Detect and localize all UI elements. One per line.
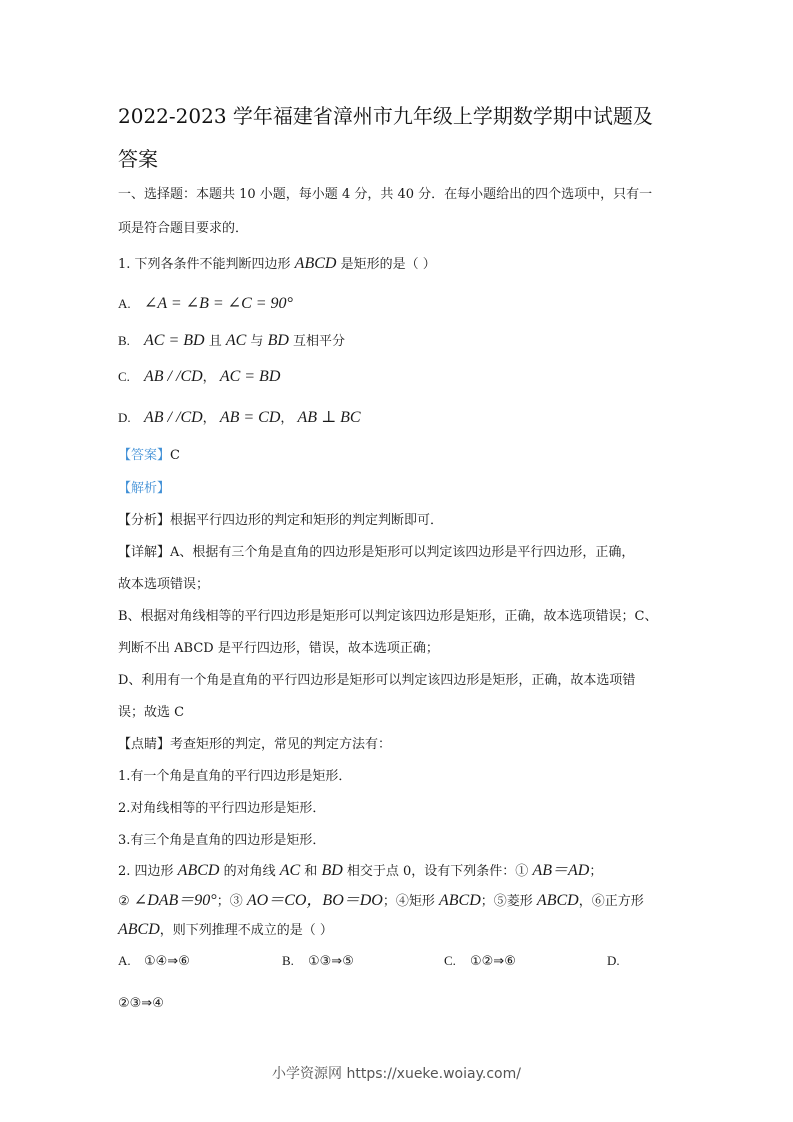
question-2-choice-b: B.①③⇒⑤ — [282, 953, 354, 970]
option-text: 与 — [246, 334, 267, 349]
question-2-choice-c: C.①②⇒⑥ — [444, 953, 516, 970]
analysis-xiangjie-line5: D、利用有一个角是直角的平行四边形是矩形可以判定该四边形是矩形，正确，故本选项错 — [118, 673, 635, 689]
analysis-xiangjie-line1: 【详解】A、根据有三个角是直角的四边形是矩形可以判定该四边形是平行四边形，正确， — [118, 545, 634, 561]
choice-label: D. — [607, 953, 633, 969]
q2-text: 和 — [300, 864, 321, 879]
document-title-line2: 答案 — [118, 146, 158, 172]
choice-value: ①③⇒⑤ — [308, 954, 354, 969]
q2-math: AB＝AD — [532, 862, 589, 879]
analysis-fenxi: 【分析】根据平行四边形的判定和矩形的判定判断即可． — [118, 513, 443, 529]
document-page: 2022-2023 学年福建省漳州市九年级上学期数学期中试题及 答案 一、选择题… — [0, 0, 793, 1122]
question-2-choice-d-value: ②③⇒④ — [118, 996, 164, 1012]
choice-label: C. — [444, 953, 470, 969]
q2-text: ，则下列推理不成立的是（ ） — [160, 923, 333, 938]
choice-label: A. — [118, 953, 144, 969]
option-math: AB / /CD — [144, 409, 203, 426]
question-1-stem: 1. 下列各条件不能判断四边形 ABCD 是矩形的是（ ） — [118, 256, 436, 273]
question-2-stem-line2: ② ∠DAB＝90°；③ AO＝CO，BO＝DO；④矩形 ABCD；⑤菱形 AB… — [118, 893, 644, 910]
question-2-choice-d: D. — [607, 953, 633, 970]
question-1-option-c: C.AB / /CD， AC = BD — [118, 369, 280, 386]
option-text: 互相平分 — [289, 334, 345, 349]
choice-value: ①④⇒⑥ — [144, 954, 190, 969]
section-header-line1: 一、选择题：本题共 10 小题，每小题 4 分，共 40 分．在每小题给出的四个… — [118, 187, 652, 203]
q2-math: ABCD — [439, 892, 481, 909]
option-label: A. — [118, 296, 144, 312]
question-2-stem-line3: ABCD，则下列推理不成立的是（ ） — [118, 922, 333, 939]
question-1-suffix: 是矩形的是（ ） — [336, 257, 435, 272]
question-1-prefix: 1. 下列各条件不能判断四边形 — [118, 257, 295, 272]
option-text: ， — [203, 370, 220, 385]
q2-text: ② — [118, 894, 134, 909]
option-math: BD — [268, 332, 289, 349]
question-2-stem-line1: 2. 四边形 ABCD 的对角线 AC 和 BD 相交于点 0，设有下列条件：①… — [118, 863, 602, 880]
answer-line: 【答案】C — [118, 448, 180, 464]
q2-text: ；④矩形 — [383, 894, 439, 909]
q2-math: ABCD — [118, 921, 160, 938]
option-text: ， — [280, 411, 297, 426]
question-1-math: ABCD — [295, 255, 337, 272]
analysis-tag: 【解析】 — [118, 481, 170, 497]
q2-text: 2. 四边形 — [118, 864, 178, 879]
option-math: AB ⊥ BC — [298, 409, 361, 426]
q2-text: ； — [589, 864, 602, 879]
q2-text: ，⑥正方形 — [579, 894, 644, 909]
footer-watermark: 小学资源网 https://xueke.woiay.com/ — [0, 1063, 793, 1083]
choice-value: ①②⇒⑥ — [470, 954, 516, 969]
section-header-line2: 项是符合题目要求的． — [118, 221, 248, 237]
q2-math: AO＝CO，BO＝DO — [247, 892, 383, 909]
answer-value: C — [170, 448, 180, 463]
option-math: AC = BD — [220, 368, 281, 385]
option-label: D. — [118, 410, 144, 426]
question-1-option-b: B.AC = BD 且 AC 与 BD 互相平分 — [118, 333, 345, 350]
q2-text: ；⑤菱形 — [481, 894, 537, 909]
option-math: AC = BD — [144, 332, 205, 349]
choice-value: ②③⇒④ — [118, 996, 164, 1011]
analysis-xiangjie-line3: B、根据对角线相等的平行四边形是矩形可以判定该四边形是矩形，正确，故本选项错误；… — [118, 609, 658, 625]
method-1: 1.有一个角是直角的平行四边形是矩形． — [118, 769, 351, 785]
question-2-choice-a: A.①④⇒⑥ — [118, 953, 190, 970]
option-math: AB / /CD — [144, 368, 203, 385]
method-3: 3.有三个角是直角的四边形是矩形． — [118, 833, 325, 849]
option-label: B. — [118, 333, 144, 349]
q2-text: 相交于点 0，设有下列条件：① — [343, 864, 533, 879]
method-2: 2.对角线相等的平行四边形是矩形． — [118, 801, 325, 817]
document-title-line1: 2022-2023 学年福建省漳州市九年级上学期数学期中试题及 — [118, 103, 653, 129]
question-1-option-a: A.∠A = ∠B = ∠C = 90° — [118, 296, 293, 313]
answer-tag: 【答案】 — [118, 448, 170, 463]
option-math: ∠A = ∠B = ∠C = 90° — [144, 295, 293, 312]
analysis-xiangjie-line2: 故本选项错误； — [118, 577, 209, 593]
question-1-option-d: D.AB / /CD， AB = CD， AB ⊥ BC — [118, 410, 361, 427]
option-text: 且 — [205, 334, 226, 349]
option-label: C. — [118, 369, 144, 385]
analysis-dianjing: 【点睛】考查矩形的判定，常见的判定方法有： — [118, 737, 391, 753]
option-math: AC — [226, 332, 246, 349]
q2-math: ABCD — [537, 892, 579, 909]
q2-math: ABCD — [178, 862, 220, 879]
choice-label: B. — [282, 953, 308, 969]
q2-math: BD — [321, 862, 342, 879]
option-text: ， — [203, 411, 220, 426]
q2-math: AC — [280, 862, 300, 879]
option-math: AB = CD — [220, 409, 281, 426]
q2-math: ∠DAB＝90° — [134, 892, 217, 909]
q2-text: ；③ — [217, 894, 247, 909]
analysis-xiangjie-line6: 误；故选 C — [118, 705, 184, 721]
q2-text: 的对角线 — [219, 864, 279, 879]
analysis-xiangjie-line4: 判断不出 ABCD 是平行四边形，错误，故本选项正确； — [118, 641, 439, 657]
